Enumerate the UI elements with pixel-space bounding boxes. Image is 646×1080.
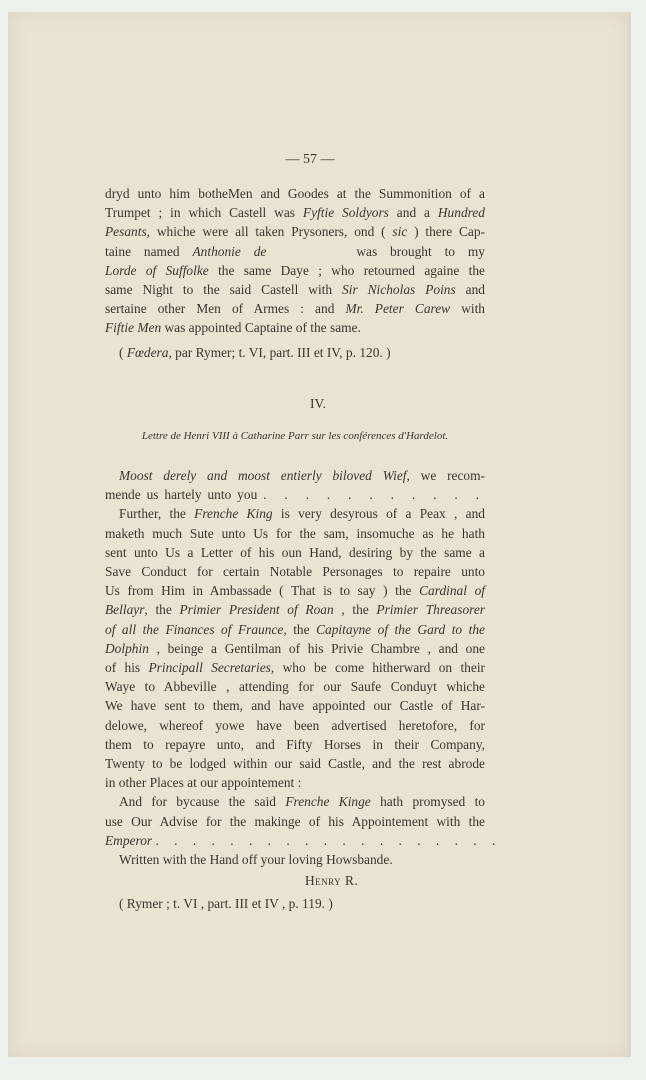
- text-line: Save Conduct for certain Notable Persona…: [105, 562, 485, 581]
- citation-foedera: ( Fœdera, par Rymer; t. VI, part. III et…: [105, 343, 485, 362]
- text-line: Dolphin , beinge a Gentilman of his Priv…: [105, 639, 485, 658]
- text-line: Lorde of Suffolke the same Daye ; who re…: [105, 261, 485, 280]
- text-line: Trumpet ; in which Castell was Fyftie So…: [105, 203, 485, 222]
- text-line: in other Places at our appointement :: [105, 773, 485, 792]
- text-line: sertaine other Men of Armes : and Mr. Pe…: [105, 299, 485, 318]
- text-line: them to repayre unto, and Fifty Horses i…: [105, 735, 485, 754]
- text-line: And for bycause the said Frenche Kinge h…: [105, 792, 485, 811]
- text-line: Further, the Frenche King is very desyro…: [105, 504, 485, 523]
- text-line: same Night to the said Castell with Sir …: [105, 280, 485, 299]
- paragraph-continuation: dryd unto him botheMen and Goodes at the…: [105, 184, 485, 362]
- text-line: sent unto Us a Letter of his oun Hand, d…: [105, 543, 485, 562]
- text-line: Us from Him in Ambassade ( That is to sa…: [105, 581, 485, 600]
- salutation-line: Moost derely and moost entierly biloved …: [105, 466, 485, 485]
- text-line: of all the Finances of Fraunce, the Capi…: [105, 620, 485, 639]
- text-line: Waye to Abbeville , attending for our Sa…: [105, 677, 485, 696]
- text-line: maketh much Sute unto Us for the sam, in…: [105, 524, 485, 543]
- page-number: — 57 —: [0, 152, 620, 168]
- text-line: dryd unto him botheMen and Goodes at the…: [105, 184, 485, 203]
- text-line: of his Principall Secretaries, who be co…: [105, 658, 485, 677]
- text-line: Emperor . . . . . . . . . . . . . . . . …: [105, 831, 485, 850]
- text-line: mende us hartely unto you . . . . . . . …: [105, 485, 485, 504]
- signature: Henry R.: [105, 871, 485, 890]
- closing-line: Written with the Hand off your loving Ho…: [105, 850, 485, 869]
- section-subtitle: Lettre de Henri VIII à Catharine Parr su…: [105, 430, 485, 442]
- text-line: Fiftie Men was appointed Captaine of the…: [105, 318, 485, 337]
- text-line: Twenty to be lodged within our said Cast…: [105, 754, 485, 773]
- text-line: Bellayr, the Primier President of Roan ,…: [105, 600, 485, 619]
- text-line: taine named Anthonie dewas brought to my: [105, 242, 485, 261]
- text-line: We have sent to them, and have appointed…: [105, 696, 485, 715]
- letter-body: Moost derely and moost entierly biloved …: [105, 466, 485, 914]
- text-line: delowe, whereof yowe have been advertise…: [105, 716, 485, 735]
- citation-rymer: ( Rymer ; t. VI , part. III et IV , p. 1…: [105, 894, 485, 913]
- page-edge: [628, 12, 631, 1057]
- text-line: Pesants, whiche were all taken Prysoners…: [105, 222, 485, 241]
- section-heading: IV.: [8, 396, 628, 412]
- text-line: use Our Advise for the makinge of his Ap…: [105, 812, 485, 831]
